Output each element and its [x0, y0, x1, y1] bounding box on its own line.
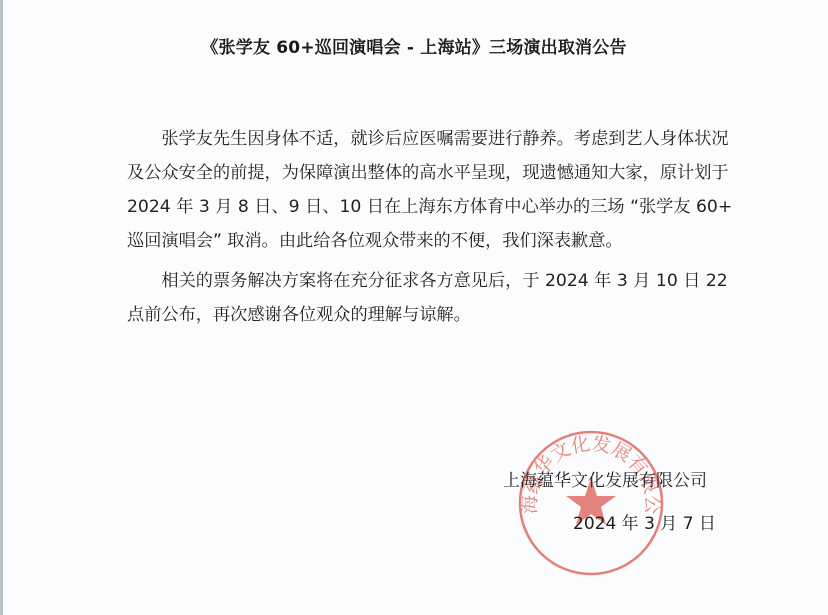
paragraph-1: 张学友先生因身体不适，就诊后应医嘱需要进行静养。考虑到艺人身体状况 及公众安全的…: [127, 122, 707, 258]
document-title: 《张学友 60+巡回演唱会 - 上海站》三场演出取消公告: [0, 33, 828, 58]
paragraph-line: 点前公布，再次感谢各位观众的理解与谅解。: [127, 298, 707, 332]
paragraph-line: 巡回演唱会” 取消。由此给各位观众带来的不便，我们深表歉意。: [127, 224, 707, 258]
paragraph-line: 张学友先生因身体不适，就诊后应医嘱需要进行静养。考虑到艺人身体状况: [127, 122, 707, 156]
signature-company: 上海蕴华文化发展有限公司: [503, 466, 707, 491]
company-seal-icon: 上海蕴华文化发展有限公司: [516, 428, 666, 578]
paragraph-2: 相关的票务解决方案将在充分征求各方意见后，于 2024 年 3 月 10 日 2…: [127, 264, 707, 332]
page-edge: [0, 0, 3, 615]
signature-date: 2024 年 3 月 7 日: [573, 509, 716, 534]
paragraph-line: 2024 年 3 月 8 日、9 日、10 日在上海东方体育中心举办的三场 “张…: [127, 190, 707, 224]
paragraph-line: 及公众安全的前提，为保障演出整体的高水平呈现，现遗憾通知大家，原计划于: [127, 156, 707, 190]
paragraph-line: 相关的票务解决方案将在充分征求各方意见后，于 2024 年 3 月 10 日 2…: [127, 264, 707, 298]
document-body: 张学友先生因身体不适，就诊后应医嘱需要进行静养。考虑到艺人身体状况 及公众安全的…: [127, 122, 707, 332]
